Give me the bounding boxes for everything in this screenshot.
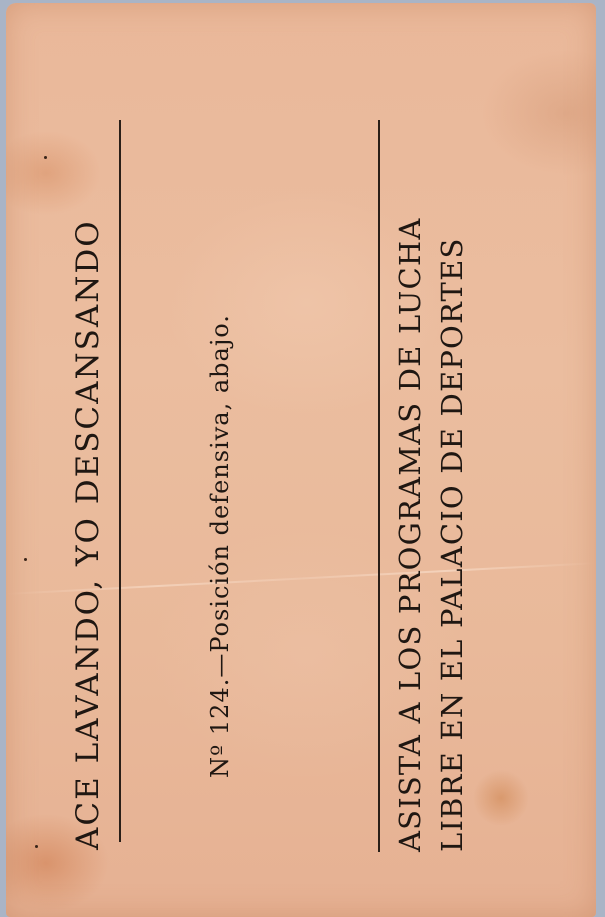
- promo-line-1: ASISTA A LOS PROGRAMAS DE LUCHA: [393, 218, 427, 853]
- ink-speck: [35, 845, 38, 848]
- promo-line-2: LIBRE EN EL PALACIO DE DEPORTES: [435, 237, 469, 852]
- card-heading: ACE LAVANDO, YO DESCANSANDO: [70, 219, 106, 850]
- card-caption: Nº 124.—Posición defensiva, abajo.: [206, 314, 234, 778]
- ink-speck: [24, 558, 27, 561]
- divider-rule-right: [378, 120, 380, 852]
- ink-speck: [44, 156, 47, 159]
- divider-rule-left: [119, 120, 121, 842]
